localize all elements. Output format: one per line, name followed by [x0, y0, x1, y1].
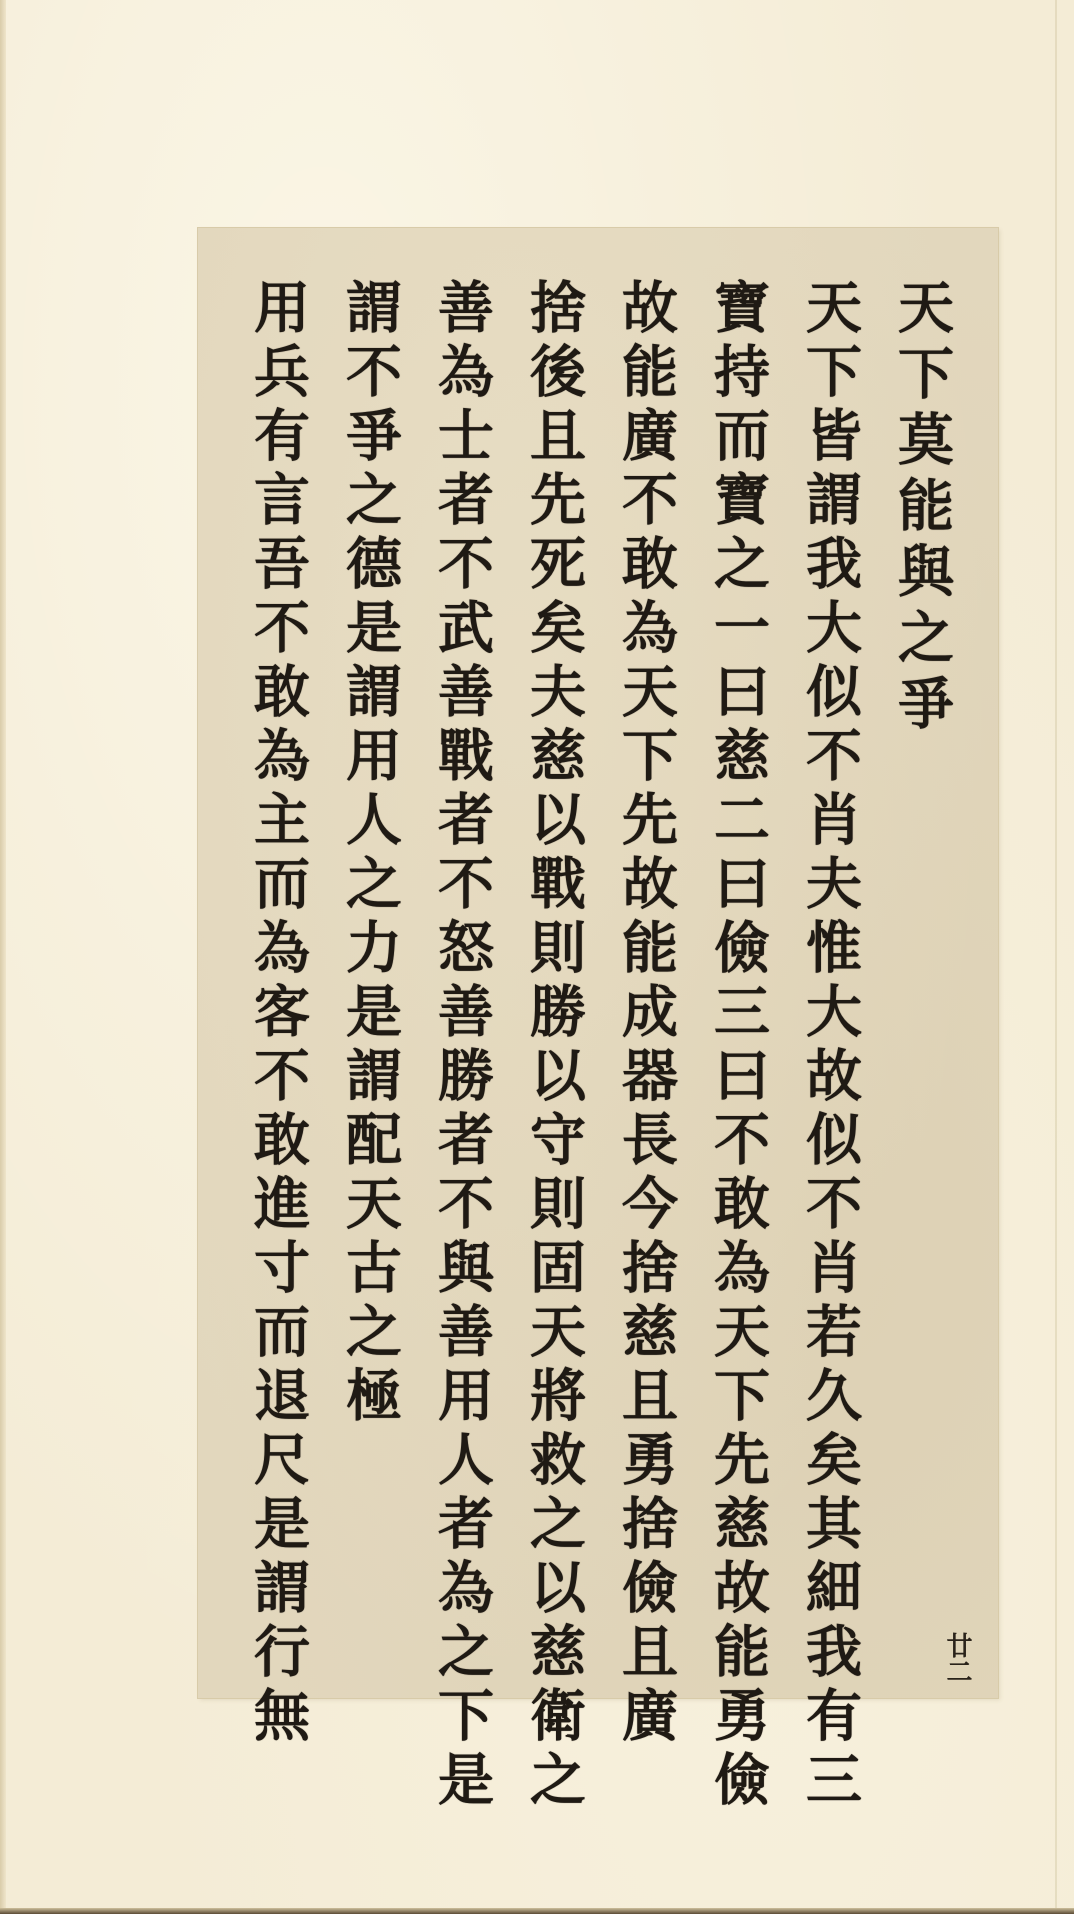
- album-mount: 天下莫能與之爭 天下皆謂我大似不肖夫惟大故似不肖若久矣其細我有三 寶持而寶之一曰…: [0, 0, 1074, 1914]
- text-columns: 天下莫能與之爭 天下皆謂我大似不肖夫惟大故似不肖若久矣其細我有三 寶持而寶之一曰…: [232, 278, 968, 1658]
- text-column-4: 捨後且先死矣夫慈以戰則勝以守則固天將救之以慈衛之: [508, 278, 600, 1658]
- text-column-3: 故能廣不敢為天下先故能成器長今捨慈且勇捨儉且廣: [600, 278, 692, 1658]
- mount-crease: [1055, 0, 1057, 1914]
- heading-column: 天下莫能與之爭: [876, 278, 968, 1658]
- calligraphy-panel: 天下莫能與之爭 天下皆謂我大似不肖夫惟大故似不肖若久矣其細我有三 寶持而寶之一曰…: [198, 228, 998, 1698]
- text-column-1: 天下皆謂我大似不肖夫惟大故似不肖若久矣其細我有三: [784, 278, 876, 1658]
- mount-left-edge: [0, 0, 6, 1914]
- text-column-5: 善為士者不武善戰者不怒善勝者不與善用人者為之下是: [416, 278, 508, 1658]
- text-column-2: 寶持而寶之一曰慈二曰儉三曰不敢為天下先慈故能勇儉: [692, 278, 784, 1658]
- mount-bottom-edge: [0, 1908, 1074, 1914]
- text-column-7: 用兵有言吾不敢為主而為客不敢進寸而退尺是謂行無: [232, 278, 324, 1658]
- text-column-6: 謂不爭之德是謂用人之力是謂配天古之極: [324, 278, 416, 1658]
- page-number: 廿二: [944, 1632, 970, 1684]
